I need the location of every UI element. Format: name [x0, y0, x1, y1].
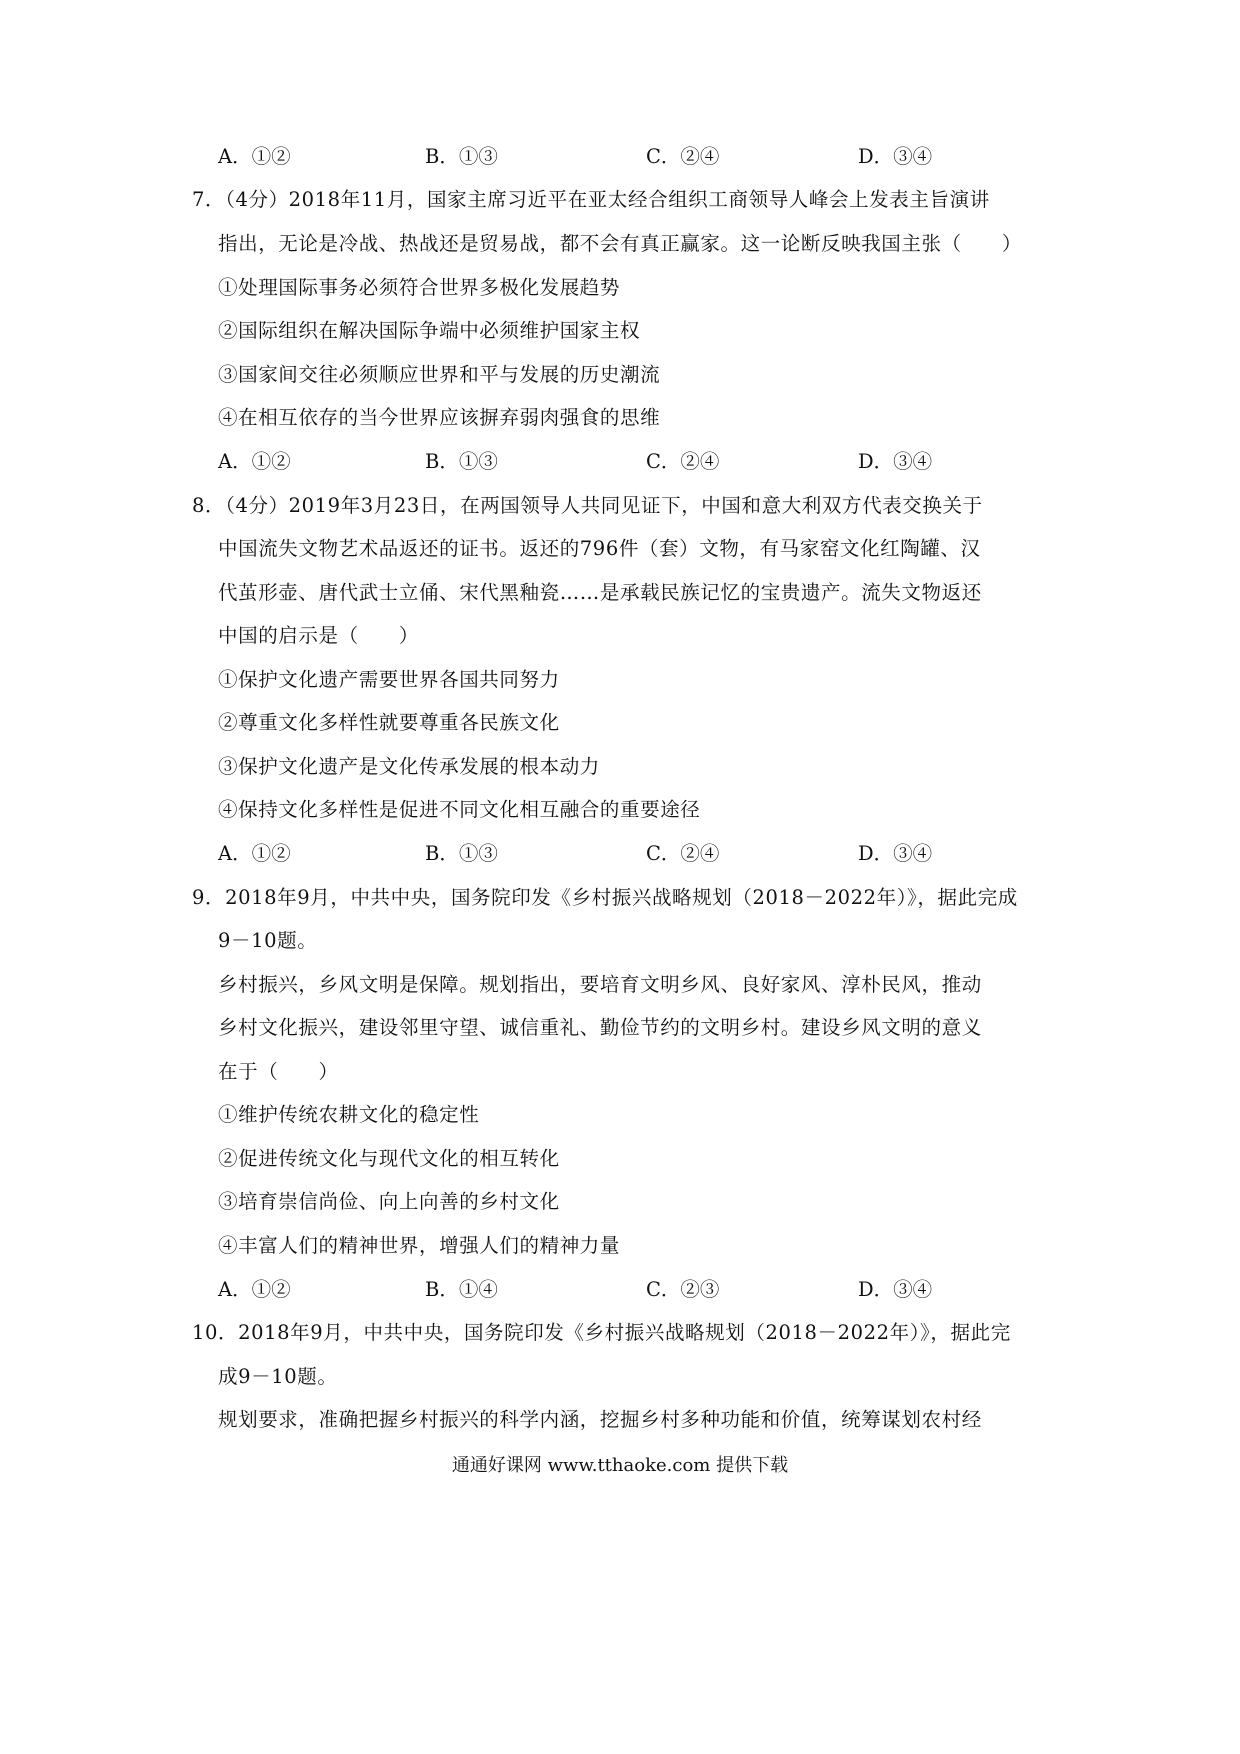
page-footer: 通通好课网 www.tthaoke.com 提供下载: [0, 1455, 1240, 1477]
option-d: D．③④: [858, 1278, 932, 1302]
option-d: D．③④: [858, 842, 932, 866]
option-a: A．①②: [218, 842, 291, 866]
q9-stem-line-3: 乡村振兴，乡风文明是保障。规划指出，要培育文明乡风、良好家风、淳朴民风，推动: [218, 973, 982, 997]
option-d: D．③④: [858, 450, 932, 474]
option-b: B．①③: [425, 145, 498, 169]
q10-stem-line-1: 10．2018年9月，中共中央，国务院印发《乡村振兴战略规划（2018－2022…: [192, 1321, 1011, 1345]
option-d: D．③④: [858, 145, 932, 169]
q9-stem-line-5: 在于（ ）: [218, 1060, 339, 1084]
q6-options: A．①② B．①③ C．②④ D．③④: [218, 145, 958, 169]
option-c: C．②③: [646, 1278, 719, 1302]
q7-item-1: ①处理国际事务必须符合世界多极化发展趋势: [218, 276, 620, 300]
q9-item-2: ②促进传统文化与现代文化的相互转化: [218, 1147, 560, 1171]
option-a: A．①②: [218, 1278, 291, 1302]
q7-item-2: ②国际组织在解决国际争端中必须维护国家主权: [218, 319, 640, 343]
option-a: A．①②: [218, 145, 291, 169]
q7-item-3: ③国家间交往必须顺应世界和平与发展的历史潮流: [218, 363, 660, 387]
q9-item-1: ①维护传统农耕文化的稳定性: [218, 1103, 479, 1127]
q10-stem-line-2: 成9－10题。: [218, 1365, 337, 1389]
q8-stem-line-2: 中国流失文物艺术品返还的证书。返还的796件（套）文物，有马家窑文化红陶罐、汉: [218, 537, 981, 561]
q7-item-4: ④在相互依存的当今世界应该摒弃弱肉强食的思维: [218, 406, 660, 430]
q10-stem-line-3: 规划要求，准确把握乡村振兴的科学内涵，挖掘乡村多种功能和价值，统筹谋划农村经: [218, 1408, 982, 1432]
q9-options: A．①② B．①④ C．②③ D．③④: [218, 1278, 958, 1302]
q9-stem-line-2: 9－10题。: [218, 929, 317, 953]
option-b: B．①④: [425, 1278, 498, 1302]
q8-item-3: ③保护文化遗产是文化传承发展的根本动力: [218, 755, 600, 779]
q7-options: A．①② B．①③ C．②④ D．③④: [218, 450, 958, 474]
q8-options: A．①② B．①③ C．②④ D．③④: [218, 842, 958, 866]
q8-stem-line-1: 8．（4分）2019年3月23日，在两国领导人共同见证下，中国和意大利双方代表交…: [192, 494, 983, 518]
q9-stem-line-1: 9．2018年9月，中共中央，国务院印发《乡村振兴战略规划（2018－2022年…: [192, 886, 1018, 910]
q9-item-4: ④丰富人们的精神世界，增强人们的精神力量: [218, 1234, 620, 1258]
option-c: C．②④: [646, 842, 719, 866]
option-a: A．①②: [218, 450, 291, 474]
q7-stem-line-1: 7．（4分）2018年11月，国家主席习近平在亚太经合组织工商领导人峰会上发表主…: [192, 188, 990, 212]
option-b: B．①③: [425, 842, 498, 866]
q7-stem-line-2: 指出，无论是冷战、热战还是贸易战，都不会有真正赢家。这一论断反映我国主张（ ）: [218, 232, 1022, 256]
option-c: C．②④: [646, 145, 719, 169]
q9-item-3: ③培育崇信尚俭、向上向善的乡村文化: [218, 1190, 560, 1214]
q8-stem-line-3: 代茧形壶、唐代武士立俑、宋代黑釉瓷……是承载民族记忆的宝贵遗产。流失文物返还: [218, 581, 982, 605]
q8-stem-line-4: 中国的启示是（ ）: [218, 624, 419, 648]
q8-item-1: ①保护文化遗产需要世界各国共同努力: [218, 668, 560, 692]
q8-item-2: ②尊重文化多样性就要尊重各民族文化: [218, 711, 560, 735]
option-b: B．①③: [425, 450, 498, 474]
q9-stem-line-4: 乡村文化振兴，建设邻里守望、诚信重礼、勤俭节约的文明乡村。建设乡风文明的意义: [218, 1016, 982, 1040]
q8-item-4: ④保持文化多样性是促进不同文化相互融合的重要途径: [218, 798, 700, 822]
option-c: C．②④: [646, 450, 719, 474]
